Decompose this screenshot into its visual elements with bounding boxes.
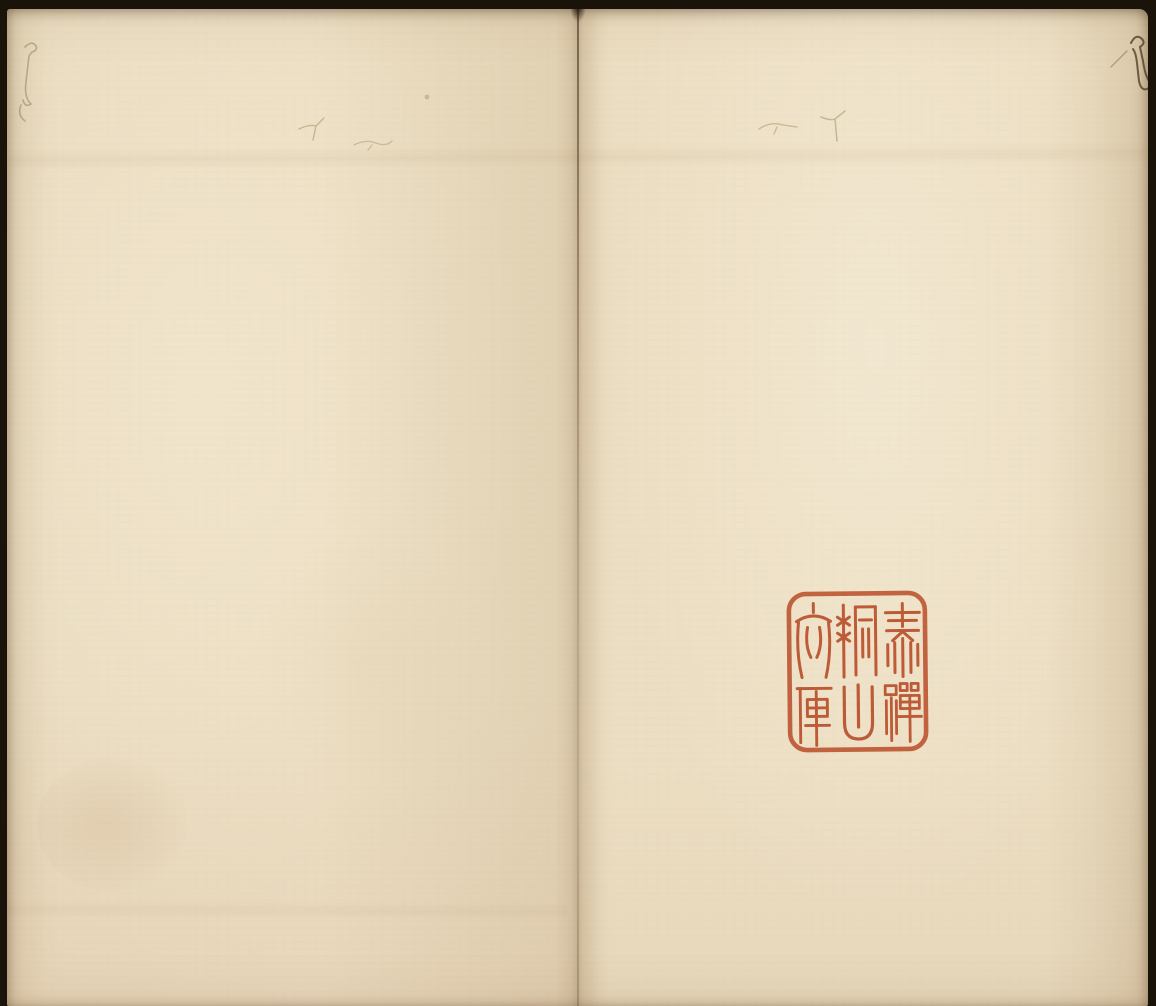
seal-char-bun [796, 603, 831, 677]
faint-lower-crease [7, 900, 567, 920]
seal-char-yama [844, 685, 873, 739]
scanned-book-photo: 泰驒桐山文庫 [0, 0, 1156, 1006]
fiber-speck-icon [813, 103, 853, 145]
seal-char-kiri [837, 605, 876, 677]
pencil-mark-icon [11, 39, 45, 131]
fiber-speck-icon [421, 91, 433, 103]
center-fold-line [577, 9, 579, 1006]
ink-mark-icon [1103, 29, 1148, 129]
fiber-speck-icon [755, 113, 803, 139]
collector-seal-stamp: 泰驒桐山文庫 [784, 588, 931, 756]
book-spread-paper: 泰驒桐山文庫 [7, 9, 1148, 1006]
age-stain [37, 757, 187, 892]
seal-char-tai [885, 603, 920, 676]
seal-char-da [885, 683, 922, 741]
seal-char-ko [797, 688, 832, 745]
fiber-speck-icon [295, 109, 341, 145]
faint-age-blotch [257, 529, 477, 789]
fold-top-notch [570, 9, 586, 22]
fiber-speck-icon [351, 133, 395, 153]
